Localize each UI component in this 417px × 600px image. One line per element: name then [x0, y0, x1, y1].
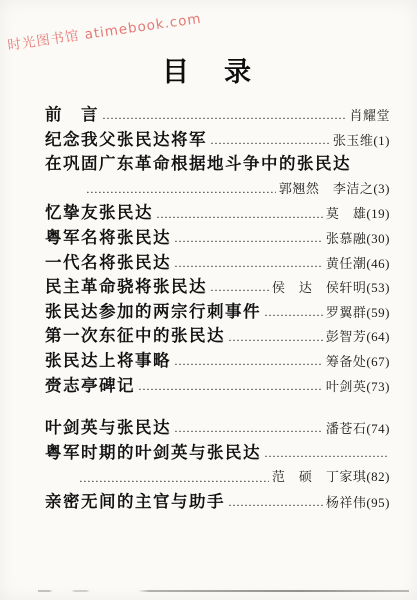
toc-entry: 张民达参加的两宗行刺事件 ………………………………………………………………………… — [45, 300, 390, 325]
entry-author-page: 郭翘然 李洁之(3) — [279, 177, 390, 202]
toc-entry: 赍志亭碑记 …………………………………………………………………………………………… — [45, 374, 390, 399]
dot-leader: …………………………………………………………………………………………………………… — [264, 448, 387, 458]
entry-author-page: 杨祥伟(95) — [326, 491, 390, 516]
dot-leader: …………………………………………………………………………………………………………… — [228, 497, 323, 507]
dot-leader: …………………………………………………………………………………………………………… — [86, 184, 276, 194]
entry-title: 纪念我父张民达将军 — [45, 128, 207, 153]
page-title: 目 录 — [0, 50, 417, 89]
entry-author-page: 张玉维(1) — [333, 129, 390, 154]
entry-author-page: 张慕融(30) — [326, 227, 390, 252]
dot-leader: …………………………………………………………………………………………………………… — [79, 473, 269, 483]
entry-title: 一代名将张民达 — [45, 251, 171, 276]
toc-list: 前 言 ………………………………………………………………………………………………… — [0, 103, 417, 515]
dot-leader: …………………………………………………………………………………………………………… — [138, 381, 323, 391]
dot-leader: …………………………………………………………………………………………………………… — [210, 135, 330, 145]
toc-entry: 粤军名将张民达 ……………………………………………………………………………………… — [45, 226, 390, 251]
entry-author-page: 罗翼群(59) — [326, 301, 390, 326]
entry-author-page: 彭智芳(64) — [326, 325, 390, 350]
toc-entry: 第一次东征中的张民达 ……………………………………………………………………………… — [45, 324, 390, 349]
toc-entry: 叶剑英与张民达 ……………………………………………………………………………………… — [45, 416, 390, 441]
dot-leader: …………………………………………………………………………………………………………… — [174, 423, 323, 433]
entry-title: 赍志亭碑记 — [45, 374, 135, 399]
toc-entry: 亲密无间的主官与助手 ……………………………………………………………………………… — [45, 490, 390, 515]
toc-entry: 忆挚友张民达 ………………………………………………………………………………………… — [45, 201, 390, 226]
toc-entry: 张民达上将事略 ……………………………………………………………………………………… — [45, 349, 390, 374]
entry-author-page: 侯 达 侯轩明(53) — [272, 276, 390, 301]
dot-leader: …………………………………………………………………………………………………………… — [228, 332, 323, 342]
entry-title: 粤军时期的叶剑英与张民达 — [45, 441, 261, 466]
dot-leader: …………………………………………………………………………………………………………… — [174, 356, 323, 366]
toc-entry: 纪念我父张民达将军 ………………………………………………………………………………… — [45, 128, 390, 153]
dot-leader: …………………………………………………………………………………………………………… — [264, 307, 323, 317]
entry-title: 第一次东征中的张民达 — [45, 324, 225, 349]
entry-author-page: 叶剑英(73) — [326, 375, 390, 400]
entry-author-page: 黄任潮(46) — [326, 252, 390, 277]
entry-title: 张民达参加的两宗行刺事件 — [45, 300, 261, 325]
entry-title: 忆挚友张民达 — [45, 201, 153, 226]
toc-entry: 民主革命骁将张民达 ………………………………………………………………………………… — [45, 275, 390, 300]
entry-title: 亲密无间的主官与助手 — [45, 490, 225, 515]
toc-entry: 前 言 ………………………………………………………………………………………………… — [45, 103, 390, 128]
entry-author-page: 莫 雄(19) — [326, 202, 390, 227]
entry-title: 粤军名将张民达 — [45, 226, 171, 251]
dot-leader: …………………………………………………………………………………………………………… — [102, 110, 346, 120]
entry-title: 叶剑英与张民达 — [45, 416, 171, 441]
entry-author-page: 范 硕 丁家琪(82) — [272, 465, 390, 490]
toc-entry: 粤军时期的叶剑英与张民达 ………………………………………………………………………… — [45, 441, 390, 490]
entry-author-page: 潘苍石(74) — [326, 417, 390, 442]
toc-entry: 在巩固广东革命根据地斗争中的张民达 …………………………………………………………… — [45, 152, 390, 201]
library-watermark: 时光图书馆 atimebook.com — [6, 7, 202, 54]
entry-author-page: 筹备处(67) — [326, 350, 390, 375]
entry-title: 民主革命骁将张民达 — [45, 275, 207, 300]
dot-leader: …………………………………………………………………………………………………………… — [174, 258, 323, 268]
toc-page: 时光图书馆 atimebook.com 目 录 前 言 ………………………………… — [0, 0, 417, 600]
dot-leader: …………………………………………………………………………………………………………… — [174, 233, 323, 243]
toc-entry: 一代名将张民达 ……………………………………………………………………………………… — [45, 251, 390, 276]
scan-edge-artifact — [38, 590, 409, 592]
dot-leader: …………………………………………………………………………………………………………… — [210, 282, 269, 292]
entry-author-page: 肖耀堂 — [349, 104, 390, 129]
entry-title: 在巩固广东革命根据地斗争中的张民达 — [45, 152, 351, 177]
entry-title: 前 言 — [45, 103, 99, 128]
dot-leader: …………………………………………………………………………………………………………… — [156, 209, 323, 219]
entry-title: 张民达上将事略 — [45, 349, 171, 374]
